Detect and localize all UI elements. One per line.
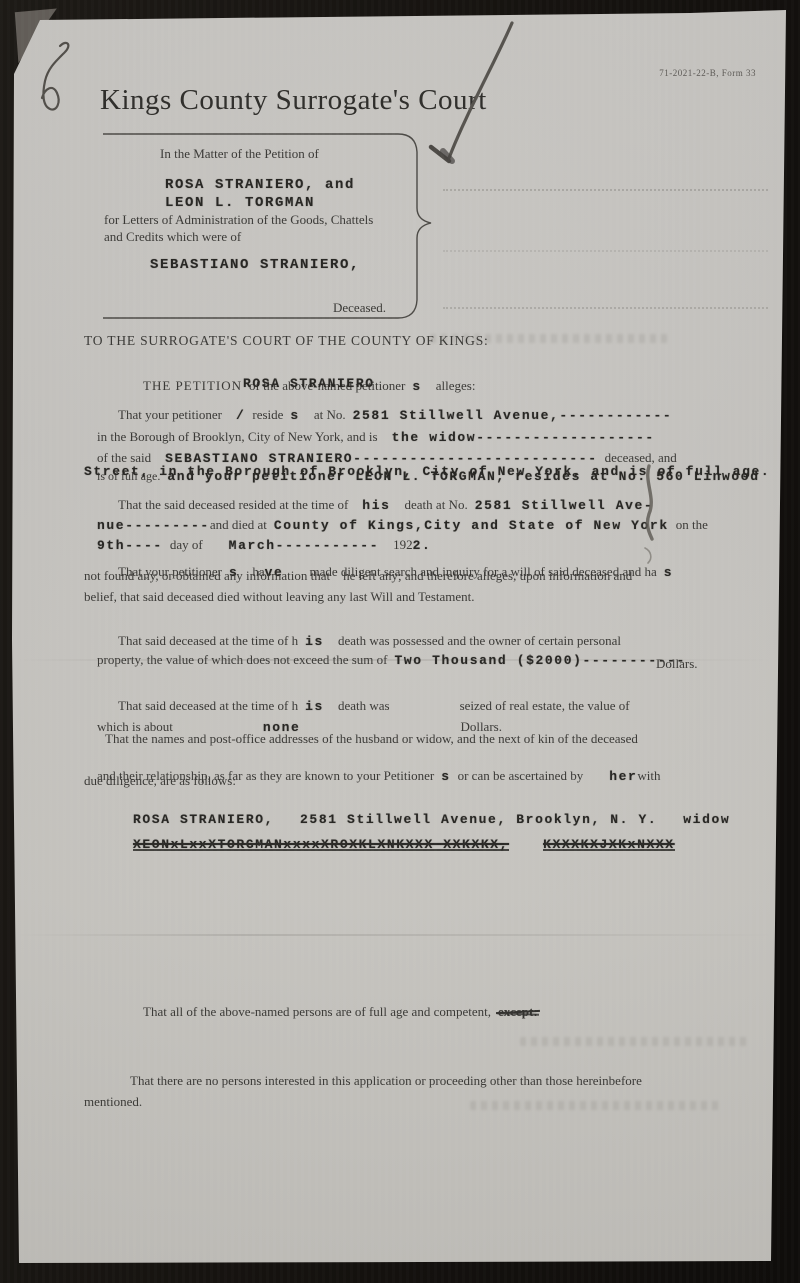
search-l1-printed3: made diligent search and inquiry for a w…	[309, 564, 656, 579]
search-l1-printed1: That your petitioner	[118, 564, 222, 579]
struck-heir-text-1: XEONxLxxXTORGMANxxxxXROXKLXNKXXX XXKXKX,	[133, 837, 509, 852]
death-l3-typed3: 2.	[413, 538, 432, 553]
full-age-line: That all of the above-named persons are …	[130, 988, 538, 1037]
caption-box-bracket	[0, 0, 800, 1283]
ink-smudge-mark	[645, 466, 652, 563]
personal-property-line-2: property, the value of which does not ex…	[84, 636, 686, 686]
pp-l2-typed: Two Thousand ($2000)-----------	[394, 653, 685, 668]
typed-s: s	[664, 565, 673, 580]
real-estate-line-2: which is aboutnoneDollars.	[84, 703, 502, 753]
check-mark	[431, 23, 512, 161]
death-l3-typed2: March-----------	[229, 538, 379, 553]
residence-l3-printed1: of the said	[97, 450, 151, 465]
death-line-1: That the said deceased resided at the ti…	[105, 481, 653, 531]
search-l1-ve: ve	[265, 565, 284, 580]
photograph-background: 71-2021-22-B, Form 33 Kings County Surro…	[0, 0, 800, 1283]
heir-address: 2581 Stillwell Avenue, Brooklyn, N. Y.	[300, 812, 657, 827]
typed-s: s	[412, 379, 421, 394]
residence-line-5: Street, in the Borough of Brooklyn, City…	[84, 464, 770, 480]
death-l3-printed2: 192	[393, 537, 413, 552]
kin-line-1: That the names and post-office addresses…	[105, 731, 638, 747]
death-l2-printed1: and died at	[210, 517, 267, 532]
dollars-label: Dollars.	[656, 656, 698, 672]
fold-crease	[16, 659, 774, 661]
petition-mid: of the above-named petitioner	[249, 378, 405, 393]
residence-l1-printed1: That your petitioner	[118, 407, 222, 422]
full-age-printed: That all of the above-named persons are …	[143, 1004, 491, 1019]
inserted-name: ROSA STRANIERO	[243, 376, 375, 392]
typed-s: s	[441, 769, 450, 784]
pp-l2-printed: property, the value of which does not ex…	[97, 652, 387, 667]
residence-l3-typed: SEBASTIANO STRANIERO--------------------…	[165, 451, 597, 466]
heir-name: ROSA STRANIERO,	[133, 812, 274, 827]
dotted-leader	[443, 189, 768, 191]
search-line-1: That your petitionershavemade diligent s…	[105, 548, 673, 598]
caption-letters-line-2: and Credits which were of	[104, 229, 241, 245]
real-estate-line-1: That said deceased at the time of hisdea…	[105, 682, 630, 732]
corner-scrap	[10, 6, 70, 68]
caption-letters-line-1: for Letters of Administration of the Goo…	[104, 212, 373, 228]
dollars-label: Dollars.	[460, 719, 502, 734]
search-line-2: not found any, or obtained any informati…	[84, 568, 632, 584]
death-l3-printed1: day of	[170, 537, 203, 552]
residence-l1-printed2: reside	[252, 407, 283, 422]
no-others-line-1: That there are no persons interested in …	[130, 1073, 642, 1089]
residence-l1-printed3: at No.	[314, 407, 346, 422]
dotted-leader	[443, 307, 768, 309]
document-page	[0, 0, 800, 1283]
kin-l2-printed1: and their relationship, as far as they a…	[97, 768, 434, 783]
death-line-3: 9th----day ofMarch-----------1922.	[84, 521, 431, 571]
residence-l4-typed: and your petitioner LEON L. TORGMAN, res…	[167, 469, 759, 484]
kin-l2-typed: her	[609, 769, 637, 784]
bleed-through-smudge	[430, 334, 670, 343]
insert-caret: /	[236, 408, 245, 423]
re-l1-typed: is	[305, 699, 324, 714]
struck-out-heir-row: XEONxLxxXTORGMANxxxxXROXKLXNKXXX XXKXKX,…	[120, 820, 675, 870]
petition-lead: THE PETITION	[143, 378, 242, 393]
death-l3-typed1: 9th----	[97, 538, 163, 553]
page-title: Kings County Surrogate's Court	[100, 84, 487, 117]
no-others-line-2: mentioned.	[84, 1094, 142, 1110]
salutation: TO THE SURROGATE'S COURT OF THE COUNTY O…	[84, 333, 489, 350]
death-l1-printed1: That the said deceased resided at the ti…	[118, 497, 348, 512]
handwritten-mark	[42, 43, 68, 110]
death-l1-printed2: death at No.	[405, 497, 468, 512]
kin-l2-printed2: or can be ascertained by	[458, 768, 584, 783]
residence-l1-typed: 2581 Stillwell Avenue,------------	[353, 408, 673, 423]
re-l2-printed: which is about	[97, 719, 173, 734]
personal-property-line-1: That said deceased at the time of hisdea…	[105, 617, 621, 667]
re-l1-printed2: death was	[338, 698, 390, 713]
typed-s: s	[229, 565, 238, 580]
form-number: 71-2021-22-B, Form 33	[659, 68, 756, 78]
petition-alleges: alleges:	[436, 378, 476, 393]
residence-l2-printed: in the Borough of Brooklyn, City of New …	[97, 429, 378, 444]
kin-line-3: due diligence, are as follows:	[84, 773, 236, 789]
death-l2-typed1: nue---------	[97, 518, 210, 533]
petition-lead-line: THE PETITIONof the above-named petitione…	[130, 362, 475, 412]
death-l2-typed2: County of Kings,City and State of New Yo…	[274, 518, 669, 533]
search-line-3: belief, that said deceased died without …	[84, 589, 475, 605]
residence-line-3: of the saidSEBASTIANO STRANIERO---------…	[84, 434, 677, 484]
residence-l4-printed: is of full age.	[97, 469, 160, 483]
dotted-leader	[443, 250, 768, 252]
pp-l1-typed: is	[305, 634, 324, 649]
re-l2-typed: none	[263, 720, 301, 735]
petitioner-name-1: ROSA STRANIERO, and	[165, 177, 355, 195]
residence-line-4: is of full age.and your petitioner LEON …	[84, 452, 760, 502]
fold-crease	[16, 934, 774, 936]
residence-l2-typed: the widow-------------------	[392, 430, 655, 445]
re-l1-printed3: seized of real estate, the value of	[460, 698, 630, 713]
death-l2-printed2: on the	[676, 517, 708, 532]
residence-line-2: in the Borough of Brooklyn, City of New …	[84, 413, 655, 463]
re-l1-printed1: That said deceased at the time of h	[118, 698, 298, 713]
typed-s: s	[290, 408, 299, 423]
decedent-name: SEBASTIANO STRANIERO,	[150, 257, 360, 275]
kin-line-2: and their relationship, as far as they a…	[84, 752, 661, 802]
heir-row: ROSA STRANIERO,2581 Stillwell Avenue, Br…	[120, 795, 730, 845]
death-l1-typed2: 2581 Stillwell Ave-	[475, 498, 654, 513]
pp-l1-printed2: death was possessed and the owner of cer…	[338, 633, 621, 648]
residence-l3-printed2: deceased, and	[605, 450, 677, 465]
search-l1-printed2: ha	[252, 564, 264, 579]
residence-line-1: That your petitioner/residesat No.2581 S…	[105, 391, 672, 441]
caption-intro: In the Matter of the Petition of	[160, 146, 319, 162]
deceased-label: Deceased.	[333, 300, 386, 316]
struck-heir-text-2: KXXXKXJXKxNXXX	[543, 837, 675, 852]
bleed-through-smudge	[470, 1101, 720, 1110]
kin-l2-printed3: with	[637, 768, 660, 783]
death-l1-typed1: his	[362, 498, 390, 513]
struck-except: except:	[498, 1004, 538, 1019]
heir-relation: widow	[683, 812, 730, 827]
death-line-2: nue---------and died atCounty of Kings,C…	[84, 501, 708, 551]
bleed-through-smudge	[520, 1037, 750, 1046]
pp-l1-printed1: That said deceased at the time of h	[118, 633, 298, 648]
petitioner-name-2: LEON L. TORGMAN	[165, 195, 315, 213]
